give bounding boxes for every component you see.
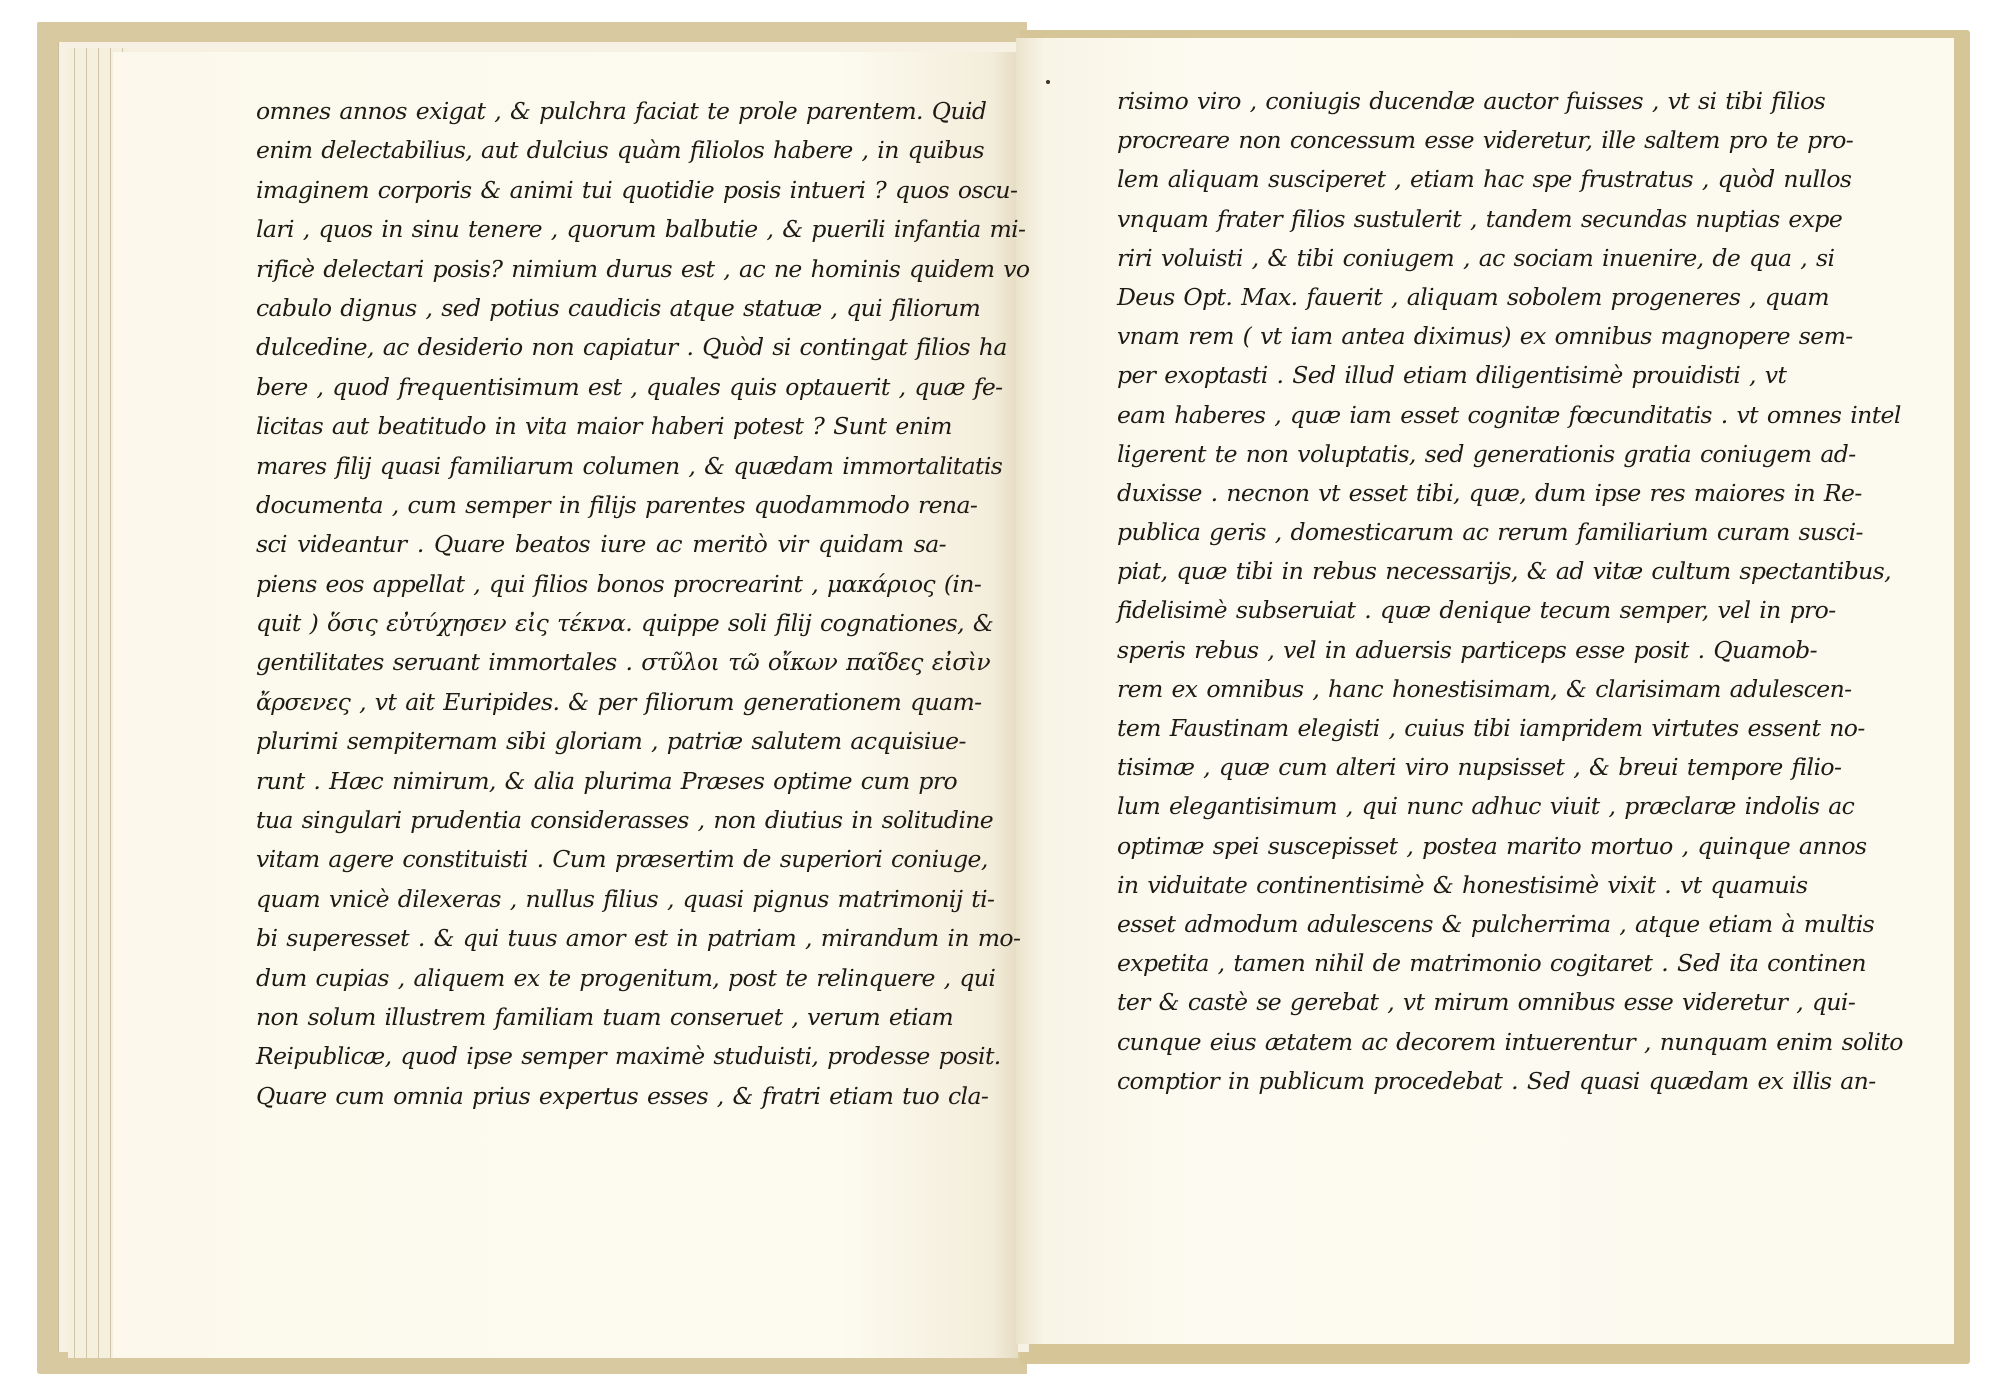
text-line: risimo viro , coniugis ducendæ auctor fu… [1117, 82, 1785, 121]
text-line: quam vnicè dilexeras , nullus filius , q… [256, 880, 946, 919]
text-line: tisimæ , quæ cum alteri viro nupsisset ,… [1117, 748, 1785, 787]
text-line: speris rebus , vel in aduersis particeps… [1117, 631, 1785, 670]
text-line: tua singulari prudentia considerasses , … [256, 801, 946, 840]
text-line: cunque eius ætatem ac decorem intuerentu… [1117, 1023, 1785, 1062]
text-line: gentilitates seruant immortales . στῦλοι… [256, 643, 946, 682]
text-line: esset admodum adulescens & pulcherrima ,… [1117, 905, 1785, 944]
left-page-text: omnes annos exigat , & pulchra faciat te… [256, 92, 946, 1116]
text-line: vnam rem ( vt iam antea diximus) ex omni… [1117, 317, 1785, 356]
text-line: lum elegantisimum , qui nunc adhuc viuit… [1117, 787, 1785, 826]
text-line: omnes annos exigat , & pulchra faciat te… [256, 92, 946, 131]
text-line: dulcedine, ac desiderio non capiatur . Q… [256, 328, 946, 367]
text-line: plurimi sempiternam sibi gloriam , patri… [256, 722, 946, 761]
text-line: duxisse . necnon vt esset tibi, quæ, dum… [1117, 474, 1785, 513]
text-line: expetita , tamen nihil de matrimonio cog… [1117, 944, 1785, 983]
text-line: tem Faustinam elegisti , cuius tibi iamp… [1117, 709, 1785, 748]
text-line: vitam agere constituisti . Cum præsertim… [256, 840, 946, 879]
text-line: Deus Opt. Max. fauerit , aliquam sobolem… [1117, 278, 1785, 317]
text-line: per exoptasti . Sed illud etiam diligent… [1117, 356, 1785, 395]
text-line: ligerent te non voluptatis, sed generati… [1117, 435, 1785, 474]
text-line: piat, quæ tibi in rebus necessarijs, & a… [1117, 552, 1785, 591]
text-line: Quare cum omnia prius expertus esses , &… [256, 1077, 946, 1116]
text-line: rificè delectari posis? nimium durus est… [256, 250, 946, 289]
text-line: in viduitate continentisimè & honestisim… [1117, 866, 1785, 905]
text-line: lari , quos in sinu tenere , quorum balb… [256, 210, 946, 249]
text-line: lem aliquam susciperet , etiam hac spe f… [1117, 160, 1785, 199]
text-line: runt . Hæc nimirum, & alia plurima Præse… [256, 762, 946, 801]
text-line: riri voluisti , & tibi coniugem , ac soc… [1117, 239, 1785, 278]
text-line: cabulo dignus , sed potius caudicis atqu… [256, 289, 946, 328]
text-line: bere , quod frequentisimum est , quales … [256, 368, 946, 407]
text-line: dum cupias , aliquem ex te progenitum, p… [256, 959, 946, 998]
text-line: vnquam frater filios sustulerit , tandem… [1117, 200, 1785, 239]
text-line: mares filij quasi familiarum columen , &… [256, 447, 946, 486]
ink-speck [1046, 80, 1050, 84]
text-line: fidelisimè subseruiat . quæ denique tecu… [1117, 591, 1785, 630]
text-line: quit ) ὅσις εὐτύχησεν εἰς τέκνα. quippe … [256, 604, 946, 643]
text-line: publica geris , domesticarum ac rerum fa… [1117, 513, 1785, 552]
text-line: Reipublicæ, quod ipse semper maximè stud… [256, 1037, 946, 1076]
text-line: eam haberes , quæ iam esset cognitæ fœcu… [1117, 396, 1785, 435]
text-line: optimæ spei suscepisset , postea marito … [1117, 827, 1785, 866]
text-line: piens eos appellat , qui filios bonos pr… [256, 565, 946, 604]
text-line: enim delectabilius, aut dulcius quàm fil… [256, 131, 946, 170]
right-page-text: risimo viro , coniugis ducendæ auctor fu… [1117, 82, 1785, 1101]
text-line: imaginem corporis & animi tui quotidie p… [256, 171, 946, 210]
text-line: documenta , cum semper in filijs parente… [256, 486, 946, 525]
text-line: ἄρσενες , vt ait Euripides. & per filior… [256, 683, 946, 722]
text-line: comptior in publicum procedebat . Sed qu… [1117, 1062, 1785, 1101]
text-line: ter & castè se gerebat , vt mirum omnibu… [1117, 983, 1785, 1022]
text-line: licitas aut beatitudo in vita maior habe… [256, 407, 946, 446]
text-line: bi superesset . & qui tuus amor est in p… [256, 919, 946, 958]
text-line: sci videantur . Quare beatos iure ac mer… [256, 525, 946, 564]
text-line: procreare non concessum esse videretur, … [1117, 121, 1785, 160]
text-line: rem ex omnibus , hanc honestisimam, & cl… [1117, 670, 1785, 709]
text-line: non solum illustrem familiam tuam conser… [256, 998, 946, 1037]
